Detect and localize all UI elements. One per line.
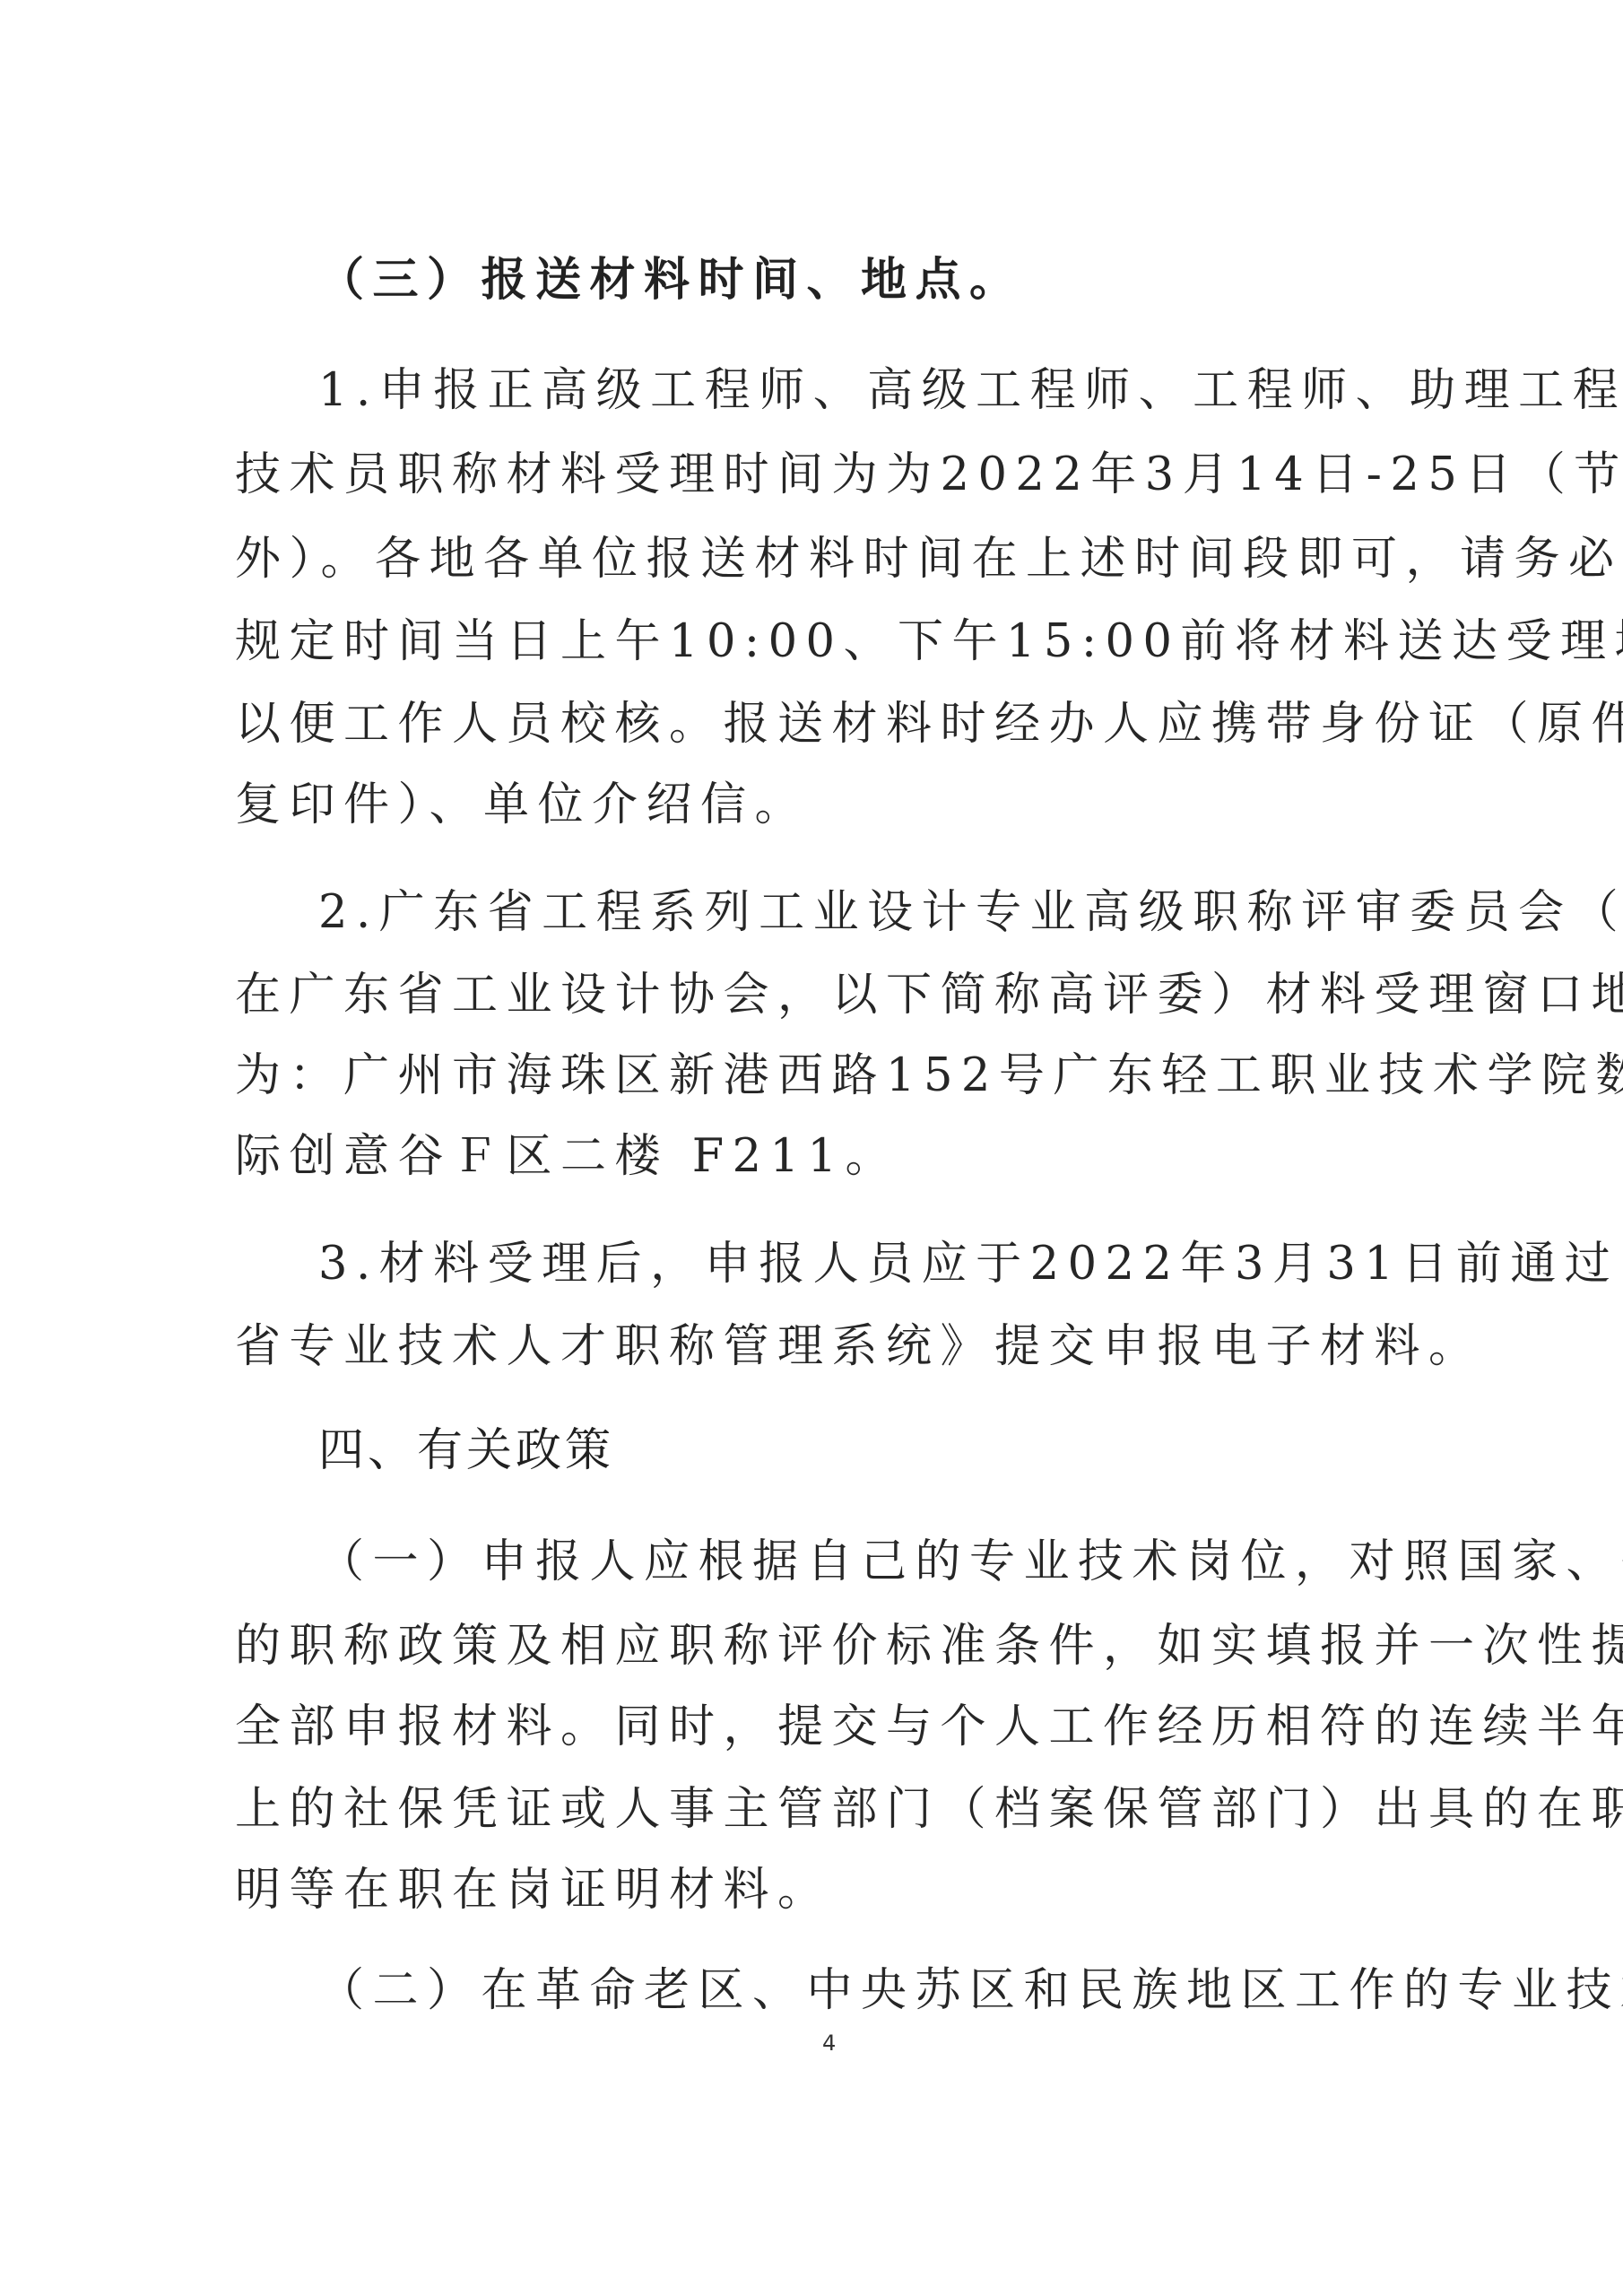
policy1-line-1: （一）申报人应根据自己的专业技术岗位，对照国家、省 <box>318 1535 1538 1589</box>
item3-line-2: 省专业技术人才职称管理系统》提交申报电子材料。 <box>235 1320 1454 1374</box>
page-number: 4 <box>822 2031 836 2056</box>
item2-line-1: 2.广东省工程系列工业设计专业高级职称评审委员会（设 <box>318 886 1538 940</box>
item2-line-4: 际创意谷Ｆ区二楼 F211。 <box>235 1130 1454 1184</box>
item1-line-6: 复印件）、单位介绍信。 <box>235 778 1454 832</box>
item3-line-1: 3.材料受理后，申报人员应于2022年3月31日前通过《广东 <box>318 1238 1538 1291</box>
item1-line-2: 技术员职称材料受理时间为为2022年3月14日-25日（节假日除 <box>235 448 1454 502</box>
item2-line-3: 为：广州市海珠区新港西路152号广东轻工职业技术学院数字国 <box>235 1049 1454 1103</box>
section-heading-policies: 四、有关政策 <box>318 1424 1538 1478</box>
policy1-line-3: 全部申报材料。同时，提交与个人工作经历相符的连续半年以 <box>235 1700 1454 1754</box>
section-heading-submission-time-place: （三）报送材料时间、地点。 <box>318 253 1538 307</box>
policy2-line-1: （二）在革命老区、中央苏区和民族地区工作的专业技术 <box>318 1964 1538 2018</box>
item1-line-3: 外）。各地各单位报送材料时间在上述时间段即可，请务必于 <box>235 533 1454 587</box>
item1-line-5: 以便工作人员校核。报送材料时经办人应携带身份证（原件及 <box>235 698 1454 752</box>
policy1-line-2: 的职称政策及相应职称评价标准条件，如实填报并一次性提交 <box>235 1620 1454 1674</box>
item1-line-4: 规定时间当日上午10:00、下午15:00前将材料送达受理地点， <box>235 615 1454 669</box>
policy1-line-4: 上的社保凭证或人事主管部门（档案保管部门）出具的在职证 <box>235 1783 1454 1837</box>
document-page: （三）报送材料时间、地点。 1.申报正高级工程师、高级工程师、工程师、助理工程师… <box>0 0 1623 2296</box>
item1-line-1: 1.申报正高级工程师、高级工程师、工程师、助理工程师、 <box>318 364 1538 418</box>
policy1-line-5: 明等在职在岗证明材料。 <box>235 1864 1454 1918</box>
item2-line-2: 在广东省工业设计协会，以下简称高评委）材料受理窗口地址 <box>235 969 1454 1022</box>
